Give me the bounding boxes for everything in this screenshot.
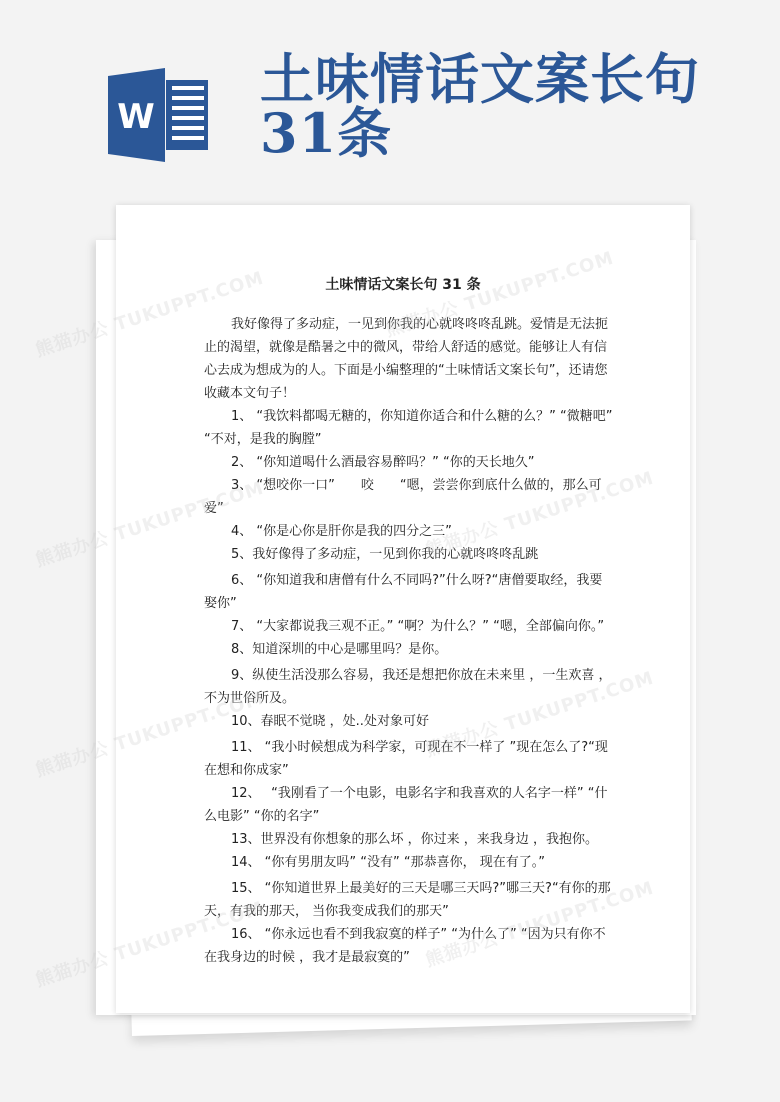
- document-page: 土味情话文案长句 31 条 我好像得了多动症，一见到你我的心就咚咚咚乱跳。爱情是…: [116, 205, 690, 1013]
- list-item: 6、 “你知道我和唐僧有什么不同吗?”什么呀?“唐僧要取经，我要娶你”: [204, 569, 614, 615]
- svg-text:W: W: [117, 97, 155, 137]
- list-item: 12、 “我刚看了一个电影，电影名字和我喜欢的人名字一样” “什么电影” “你的…: [204, 782, 614, 828]
- word-document-icon: W: [108, 68, 210, 162]
- list-item: 7、 “大家都说我三观不正。” “啊？为什么？” “嗯，全部偏向你。”: [204, 615, 614, 638]
- list-item: 4、 “你是心你是肝你是我的四分之三”: [204, 520, 614, 543]
- header-banner: W 土味情话文案长句 31条: [0, 0, 780, 190]
- list-item: 10、春眠不觉晓 ，处..处对象可好: [204, 710, 614, 733]
- document-body: 我好像得了多动症，一见到你我的心就咚咚咚乱跳。爱情是无法扼止的渴望，就像是酷暑之…: [204, 313, 614, 969]
- list-item: 13、世界没有你想象的那么坏 ，你过来 ，来我身边 ，我抱你。: [204, 828, 614, 851]
- list-item: 5、我好像得了多动症，一见到你我的心就咚咚咚乱跳: [204, 543, 614, 566]
- document-title: 土味情话文案长句 31 条: [116, 275, 690, 295]
- list-item: 14、 “你有男朋友吗” “没有” “那恭喜你， 现在有了。”: [204, 851, 614, 874]
- list-item: 16、 “你永远也看不到我寂寞的样子” “为什么了” “因为只有你不在我身边的时…: [204, 923, 614, 969]
- intro-paragraph: 我好像得了多动症，一见到你我的心就咚咚咚乱跳。爱情是无法扼止的渴望，就像是酷暑之…: [204, 313, 614, 405]
- list-item: 1、 “我饮料都喝无糖的，你知道你适合和什么糖的么？” “微糖吧” “不对，是我…: [204, 405, 614, 451]
- list-item: 11、 “我小时候想成为科学家，可现在不一样了 ”现在怎么了?“现在想和你成家”: [204, 736, 614, 782]
- list-item: 15、 “你知道世界上最美好的三天是哪三天吗?”哪三天?“有你的那天，有我的那天…: [204, 877, 614, 923]
- banner-title-line2: 31条: [260, 106, 740, 160]
- list-item: 3、 “想咬你一口” 咬 “嗯，尝尝你到底什么做的，那么可爱”: [204, 474, 614, 520]
- banner-title: 土味情话文案长句 31条: [260, 52, 740, 160]
- list-item: 8、知道深圳的中心是哪里吗？是你。: [204, 638, 614, 661]
- list-item: 9、纵使生活没那么容易，我还是想把你放在未来里 ，一生欢喜 ，不为世俗所及。: [204, 664, 614, 710]
- list-item: 2、 “你知道喝什么酒最容易醉吗？” “你的天长地久”: [204, 451, 614, 474]
